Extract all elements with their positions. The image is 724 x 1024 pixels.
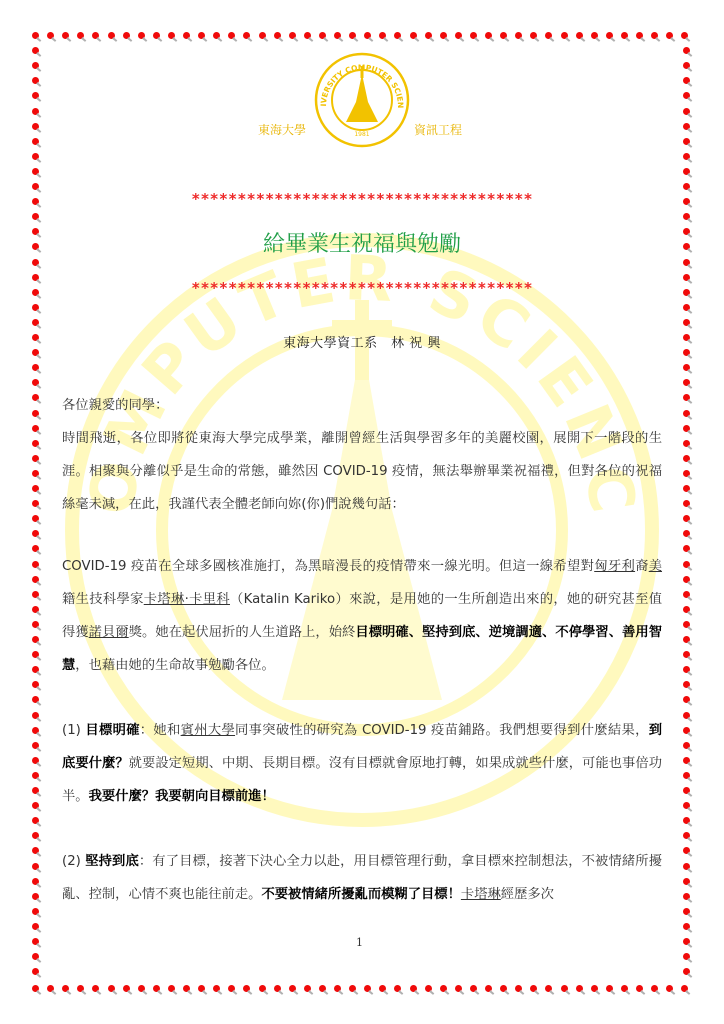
paragraph-goal: (1) 目標明確：她和賓州大學同事突破性的研究為 COVID-19 疫苗鋪路。我…	[62, 714, 662, 813]
pushpin-icon	[683, 727, 690, 734]
pushpin-icon	[183, 985, 190, 992]
pushpin-icon	[304, 32, 311, 39]
pushpin-icon	[683, 470, 690, 477]
pushpin-icon	[168, 985, 175, 992]
pushpin-icon	[274, 985, 281, 992]
pushpin-icon	[683, 847, 690, 854]
pushpin-icon	[243, 32, 250, 39]
pushpin-icon	[591, 985, 598, 992]
pushpin-icon	[683, 712, 690, 719]
pushpin-icon	[32, 621, 39, 628]
pushpin-icon	[683, 168, 690, 175]
pushpin-icon	[77, 985, 84, 992]
pushpin-icon	[228, 985, 235, 992]
pushpin-icon	[32, 591, 39, 598]
pushpin-icon	[440, 32, 447, 39]
pushpin-icon	[349, 985, 356, 992]
pushpin-icon	[92, 985, 99, 992]
pushpin-icon	[683, 817, 690, 824]
pushpin-icon	[198, 985, 205, 992]
pushpin-icon	[32, 832, 39, 839]
paragraph-intro: 時間飛逝，各位即將從東海大學完成學業，離開曾經生活與學習多年的美麗校園，展開下一…	[62, 422, 662, 521]
pushpin-icon	[683, 515, 690, 522]
pushpin-icon	[683, 591, 690, 598]
pushpin-icon	[32, 923, 39, 930]
pushpin-icon	[123, 32, 130, 39]
pushpin-icon	[683, 893, 690, 900]
pushpin-icon	[32, 500, 39, 507]
pushpin-icon	[32, 394, 39, 401]
pushpin-icon	[32, 938, 39, 945]
pushpin-icon	[576, 32, 583, 39]
pushpin-icon	[683, 455, 690, 462]
pushpin-icon	[32, 183, 39, 190]
pushpin-icon	[32, 47, 39, 54]
pushpin-icon	[500, 985, 507, 992]
pushpin-icon	[32, 485, 39, 492]
pushpin-icon	[683, 696, 690, 703]
pushpin-icon	[32, 802, 39, 809]
pushpin-icon	[228, 32, 235, 39]
pushpin-icon	[651, 32, 658, 39]
pushpin-icon	[32, 213, 39, 220]
pushpin-icon	[621, 985, 628, 992]
department-label: 資訊工程	[414, 121, 462, 138]
pushpin-icon	[92, 32, 99, 39]
pushpin-icon	[683, 364, 690, 371]
pushpin-icon	[440, 985, 447, 992]
pushpin-icon	[32, 968, 39, 975]
pushpin-icon	[32, 470, 39, 477]
pushpin-icon	[683, 47, 690, 54]
pushpin-icon	[683, 77, 690, 84]
pushpin-icon	[32, 62, 39, 69]
pushpin-icon	[259, 985, 266, 992]
pushpin-icon	[530, 32, 537, 39]
pushpin-icon	[683, 636, 690, 643]
pushpin-icon	[32, 863, 39, 870]
pushpin-icon	[683, 123, 690, 130]
pushpin-icon	[47, 32, 54, 39]
pushpin-icon	[32, 530, 39, 537]
pushpin-icon	[153, 32, 160, 39]
pushpin-icon	[32, 666, 39, 673]
department-logo: UNIVERSITY COMPUTER SCIENCE 1981	[312, 50, 412, 150]
pushpin-icon	[289, 985, 296, 992]
pushpin-icon	[32, 787, 39, 794]
pushpin-icon	[304, 985, 311, 992]
pushpin-icon	[289, 32, 296, 39]
pushpin-icon	[683, 183, 690, 190]
pushpin-icon	[683, 304, 690, 311]
pushpin-icon	[683, 319, 690, 326]
pushpin-icon	[683, 485, 690, 492]
pushpin-icon	[683, 379, 690, 386]
pushpin-icon	[455, 985, 462, 992]
pushpin-icon	[32, 908, 39, 915]
pushpin-icon	[683, 576, 690, 583]
pushpin-icon	[683, 878, 690, 885]
pushpin-icon	[32, 92, 39, 99]
pushpin-icon	[349, 32, 356, 39]
pushpin-icon	[621, 32, 628, 39]
pushpin-icon	[32, 319, 39, 326]
pushpin-icon	[683, 968, 690, 975]
pushpin-icon	[32, 123, 39, 130]
pushpin-icon	[32, 985, 39, 992]
pushpin-icon	[32, 817, 39, 824]
pushpin-icon	[32, 696, 39, 703]
pushpin-icon	[683, 863, 690, 870]
pushpin-icon	[32, 77, 39, 84]
paragraph-persistence: (2) 堅持到底：有了目標，接著下決心全力以赴，用目標管理行動，拿目標來控制想法…	[62, 845, 662, 911]
pushpin-icon	[32, 138, 39, 145]
pushpin-icon	[32, 153, 39, 160]
pushpin-icon	[683, 681, 690, 688]
pushpin-icon	[425, 32, 432, 39]
pushpin-icon	[32, 259, 39, 266]
page-number: 1	[356, 936, 363, 949]
pushpin-icon	[683, 953, 690, 960]
svg-text:1981: 1981	[354, 131, 369, 138]
pushpin-icon	[379, 32, 386, 39]
pushpin-icon	[470, 985, 477, 992]
pushpin-icon	[683, 138, 690, 145]
pushpin-icon	[681, 32, 688, 39]
pushpin-icon	[32, 425, 39, 432]
pushpin-icon	[138, 32, 145, 39]
pushpin-icon	[32, 757, 39, 764]
pushpin-icon	[32, 651, 39, 658]
pushpin-icon	[319, 32, 326, 39]
pushpin-icon	[515, 32, 522, 39]
university-label: 東海大學	[258, 121, 306, 138]
pushpin-icon	[213, 985, 220, 992]
pushpin-icon	[561, 32, 568, 39]
pushpin-icon	[683, 92, 690, 99]
paragraph-kariko: COVID-19 疫苗在全球多國核准施打，為黑暗漫長的疫情帶來一線光明。但這一線…	[62, 550, 662, 682]
pushpin-icon	[32, 108, 39, 115]
pushpin-icon	[485, 985, 492, 992]
pushpin-icon	[683, 757, 690, 764]
pushpin-icon	[32, 878, 39, 885]
pushpin-icon	[683, 651, 690, 658]
pushpin-icon	[683, 802, 690, 809]
pushpin-icon	[683, 213, 690, 220]
pushpin-icon	[636, 32, 643, 39]
pushpin-icon	[683, 394, 690, 401]
pushpin-icon	[394, 32, 401, 39]
pushpin-icon	[138, 985, 145, 992]
pushpin-icon	[683, 425, 690, 432]
pushpin-icon	[183, 32, 190, 39]
pushpin-icon	[32, 636, 39, 643]
pushpin-icon	[561, 985, 568, 992]
pushpin-icon	[32, 455, 39, 462]
pushpin-icon	[636, 985, 643, 992]
pushpin-icon	[32, 606, 39, 613]
pushpin-icon	[32, 515, 39, 522]
pushpin-icon	[153, 985, 160, 992]
pushpin-icon	[410, 32, 417, 39]
pushpin-icon	[32, 561, 39, 568]
pushpin-icon	[576, 985, 583, 992]
pushpin-icon	[683, 500, 690, 507]
pushpin-icon	[32, 304, 39, 311]
pushpin-icon	[515, 985, 522, 992]
pushpin-icon	[683, 410, 690, 417]
pushpin-icon	[683, 621, 690, 628]
pushpin-icon	[683, 772, 690, 779]
pushpin-icon	[683, 545, 690, 552]
pushpin-icon	[32, 681, 39, 688]
pushpin-icon	[32, 379, 39, 386]
pushpin-icon	[259, 32, 266, 39]
pushpin-icon	[545, 32, 552, 39]
pushpin-icon	[410, 985, 417, 992]
pushpin-icon	[62, 32, 69, 39]
pushpin-icon	[32, 712, 39, 719]
pushpin-icon	[683, 908, 690, 915]
pushpin-icon	[379, 985, 386, 992]
pushpin-icon	[77, 32, 84, 39]
pushpin-icon	[591, 32, 598, 39]
page-title: 給畢業生祝福與勉勵	[0, 227, 724, 258]
pushpin-icon	[606, 32, 613, 39]
pushpin-icon	[32, 410, 39, 417]
pushpin-icon	[32, 893, 39, 900]
pushpin-icon	[334, 985, 341, 992]
pushpin-icon	[213, 32, 220, 39]
pushpin-icon	[364, 985, 371, 992]
pushpin-icon	[470, 32, 477, 39]
pushpin-icon	[683, 606, 690, 613]
pushpin-icon	[32, 440, 39, 447]
pushpin-icon	[32, 32, 39, 39]
pushpin-icon	[500, 32, 507, 39]
pushpin-icon	[32, 847, 39, 854]
pushpin-icon	[485, 32, 492, 39]
pushpin-icon	[681, 985, 688, 992]
pushpin-icon	[651, 985, 658, 992]
pushpin-icon	[683, 923, 690, 930]
pushpin-icon	[683, 259, 690, 266]
pushpin-icon	[683, 666, 690, 673]
pushpin-icon	[319, 985, 326, 992]
pushpin-icon	[168, 32, 175, 39]
pushpin-icon	[683, 153, 690, 160]
pushpin-icon	[274, 32, 281, 39]
stars-divider-bottom: *************************************	[0, 279, 724, 297]
pushpin-icon	[32, 953, 39, 960]
pushpin-icon	[425, 985, 432, 992]
pushpin-icon	[683, 938, 690, 945]
pushpin-icon	[32, 168, 39, 175]
pushpin-icon	[683, 108, 690, 115]
pushpin-icon	[108, 985, 115, 992]
stars-divider-top: *************************************	[0, 190, 724, 208]
pushpin-icon	[334, 32, 341, 39]
pushpin-icon	[683, 62, 690, 69]
pushpin-icon	[394, 985, 401, 992]
pushpin-icon	[32, 576, 39, 583]
pushpin-icon	[123, 985, 130, 992]
pushpin-icon	[32, 364, 39, 371]
pushpin-icon	[530, 985, 537, 992]
pushpin-icon	[108, 32, 115, 39]
pushpin-icon	[683, 561, 690, 568]
pushpin-icon	[606, 985, 613, 992]
pushpin-icon	[683, 530, 690, 537]
pushpin-icon	[364, 32, 371, 39]
pushpin-icon	[683, 440, 690, 447]
pushpin-icon	[62, 985, 69, 992]
pushpin-icon	[666, 32, 673, 39]
pushpin-icon	[455, 32, 462, 39]
pushpin-icon	[198, 32, 205, 39]
pushpin-icon	[32, 742, 39, 749]
pushpin-icon	[545, 985, 552, 992]
pushpin-icon	[683, 787, 690, 794]
pushpin-icon	[32, 545, 39, 552]
pushpin-icon	[47, 985, 54, 992]
pushpin-icon	[243, 985, 250, 992]
greeting: 各位親愛的同學：	[62, 389, 662, 422]
author-line: 東海大學資工系 林 祝 興	[0, 332, 724, 351]
pushpin-icon	[683, 832, 690, 839]
pushpin-icon	[683, 742, 690, 749]
pushpin-icon	[666, 985, 673, 992]
pushpin-icon	[32, 727, 39, 734]
pushpin-icon	[32, 772, 39, 779]
